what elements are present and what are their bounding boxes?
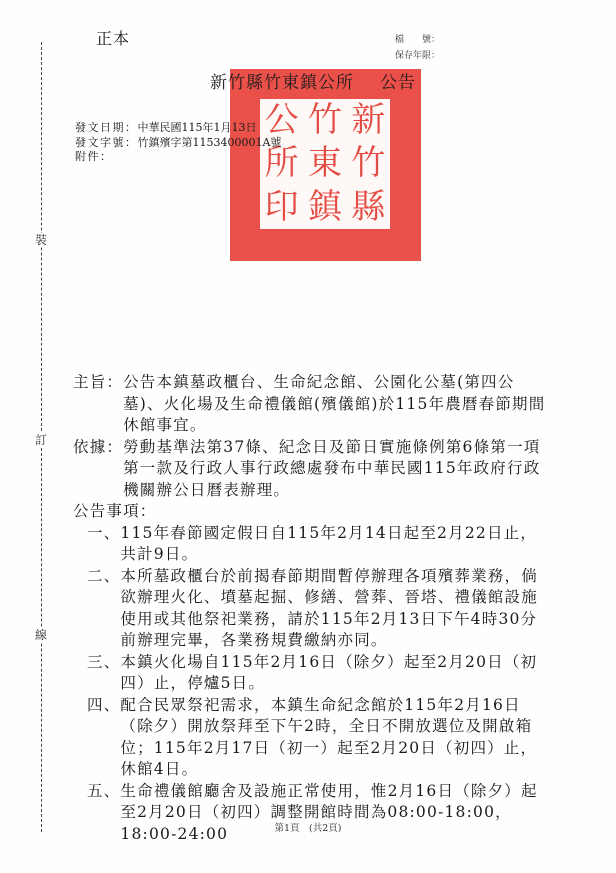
doc-no-row: 發文字號： 竹鎮殯字第1153400001A號 [75,136,281,151]
page-indicator: 第1頁 (共2頁) [0,820,616,834]
date-row: 發文日期： 中華民國115年1月13日 [75,121,281,136]
basis-block: 依據： 勞動基準法第37條、紀念日及節日實施條例第6條第一項第一款及行政人事行政… [73,437,553,502]
announcement-item: 三、 本鎮火化場自115年2月16日（除夕）起至2月20日（初四）止，停爐5日。 [73,652,553,695]
items-heading: 公告事項： [73,501,553,523]
retention-label: 保存年限： [395,48,440,64]
basis-label: 依據： [73,437,123,502]
item-number: 四、 [87,695,120,781]
subject-text: 公告本鎮墓政櫃台、生命紀念館、公園化公墓(第四公墓)、火化場及生命禮儀館(殯儀館… [123,372,553,437]
date-label: 發文日期： [75,121,138,136]
announcement-item: 二、 本所墓政櫃台於前揭春節期間暫停辦理各項殯葬業務，倘欲辦理火化、墳墓起掘、修… [73,566,553,652]
file-number-label: 檔 號： [395,32,440,48]
seal-char: 印 [260,186,303,229]
item-text: 本鎮火化場自115年2月16日（除夕）起至2月20日（初四）止，停爐5日。 [120,652,553,695]
file-meta: 檔 號： 保存年限： [395,32,440,64]
basis-text: 勞動基準法第37條、紀念日及節日實施條例第6條第一項第一款及行政人事行政總處發布… [123,437,553,502]
official-seal: 新 竹 縣 竹 東 鎮 公 所 印 [230,69,421,261]
item-text: 115年春節國定假日自115年2月14日起至2月22日止，共計9日。 [120,523,553,566]
item-text: 本所墓政櫃台於前揭春節期間暫停辦理各項殯葬業務，倘欲辦理火化、墳墓起掘、修繕、營… [120,566,553,652]
item-text: 生命禮儀館廳舍及設施正常使用，惟2月16日（除夕）起至2月20日（初四）調整開館… [120,781,553,846]
item-number: 五、 [87,781,120,846]
date-value: 中華民國115年1月13日 [138,121,257,136]
binding-char-xian: 線 [33,628,49,642]
seal-char: 縣 [347,186,390,229]
binding-char-zhuang: 裝 [33,233,49,247]
document-meta: 發文日期： 中華民國115年1月13日 發文字號： 竹鎮殯字第115340000… [75,121,281,165]
binding-char-ding: 訂 [33,433,49,447]
subject-label: 主旨： [73,372,123,437]
announcement-item: 一、 115年春節國定假日自115年2月14日起至2月22日止，共計9日。 [73,523,553,566]
seal-char: 東 [303,142,346,185]
seal-char: 竹 [347,142,390,185]
doc-no-value: 竹鎮殯字第1153400001A號 [138,136,282,151]
announcement-item: 四、 配合民眾祭祀需求，本鎮生命紀念館於115年2月16日（除夕）開放祭拜至下午… [73,695,553,781]
title-type: 公告 [380,73,416,93]
seal-char: 鎮 [303,186,346,229]
item-number: 一、 [87,523,120,566]
page-title: 新竹縣竹東鎮公所公告 [0,68,616,93]
item-number: 二、 [87,566,120,652]
attachment-label: 附件： [75,150,113,165]
document-body: 主旨： 公告本鎮墓政櫃台、生命紀念館、公園化公墓(第四公墓)、火化場及生命禮儀館… [73,372,553,845]
seal-char: 新 [347,99,390,142]
attachment-row: 附件： [75,150,281,165]
seal-char: 竹 [303,99,346,142]
doc-no-label: 發文字號： [75,136,138,151]
item-text: 配合民眾祭祀需求，本鎮生命紀念館於115年2月16日（除夕）開放祭拜至下午2時，… [120,695,553,781]
item-number: 三、 [87,652,120,695]
copy-label: 正本 [96,26,130,49]
title-org: 新竹縣竹東鎮公所 [210,73,354,93]
announcement-item: 五、 生命禮儀館廳舍及設施正常使用，惟2月16日（除夕）起至2月20日（初四）調… [73,781,553,846]
document-page: 裝 訂 線 正本 檔 號： 保存年限： 新竹縣竹東鎮公所公告 新 竹 縣 竹 東… [0,0,616,873]
subject-block: 主旨： 公告本鎮墓政櫃台、生命紀念館、公園化公墓(第四公墓)、火化場及生命禮儀館… [73,372,553,437]
